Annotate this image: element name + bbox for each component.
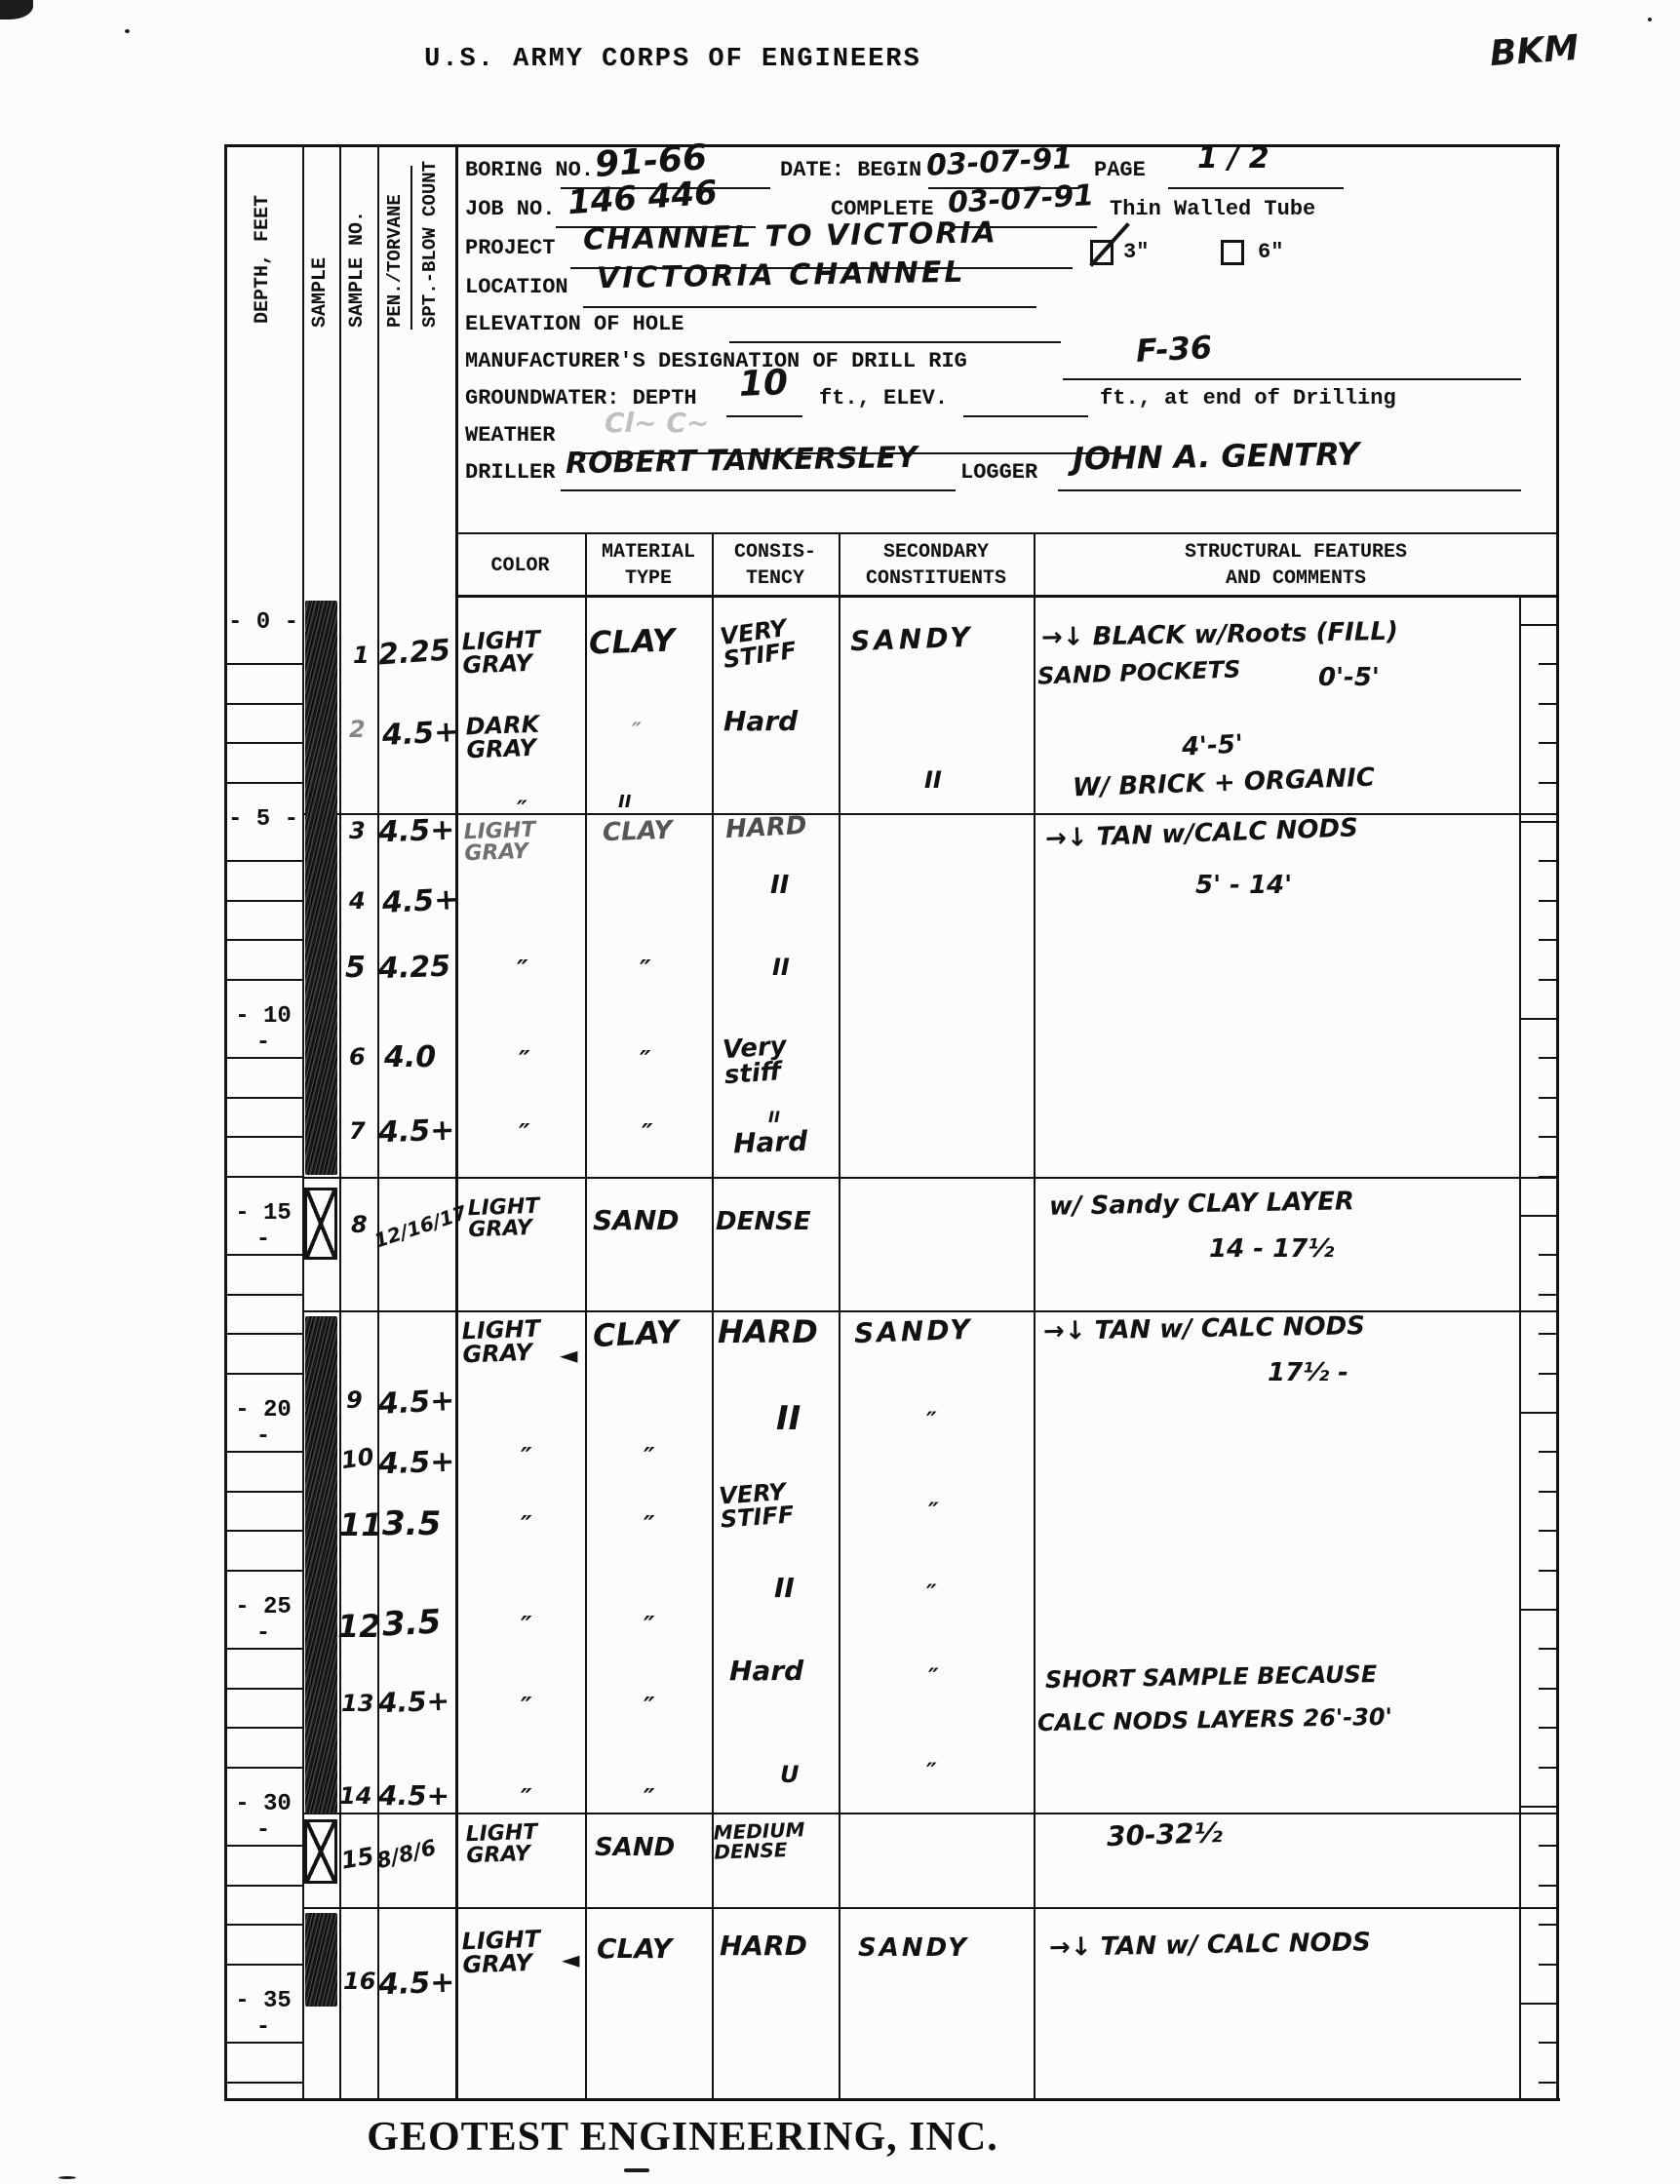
depth-label: - 5 - bbox=[224, 806, 302, 833]
pen-torvane-label: PEN./TORVANE bbox=[384, 194, 406, 328]
material-entry: SAND bbox=[593, 1207, 680, 1234]
pen-value: 8/8/6 bbox=[374, 1838, 438, 1873]
depth-tick bbox=[226, 2082, 302, 2084]
sample-no: 10 bbox=[339, 1445, 374, 1472]
rig-underline bbox=[1063, 378, 1521, 380]
depth-label: - 0 - bbox=[224, 609, 302, 636]
right-depth-tick bbox=[1539, 900, 1556, 902]
right-depth-tick bbox=[1539, 939, 1556, 941]
right-depth-tick bbox=[1539, 1530, 1556, 1532]
location-underline bbox=[583, 306, 1036, 308]
sample-no: 3 bbox=[349, 819, 366, 842]
grid-line bbox=[302, 813, 1558, 815]
right-depth-tick bbox=[1539, 1136, 1556, 1138]
right-depth-tick bbox=[1539, 1057, 1556, 1059]
elevation-underline bbox=[729, 341, 1061, 343]
pen-value: 3.5 bbox=[381, 1605, 442, 1641]
pen-value: 4.5+ bbox=[378, 1782, 449, 1810]
material-entry: CLAY bbox=[588, 624, 675, 658]
depth-tick bbox=[226, 860, 302, 862]
ditto-mark: ″ bbox=[928, 1665, 939, 1689]
grid-line bbox=[302, 144, 304, 2098]
sample-no: 14 bbox=[339, 1784, 371, 1808]
scan-speck bbox=[1648, 18, 1652, 21]
sample-recovery-scribble bbox=[305, 1316, 337, 1813]
consistency-entry: Hard bbox=[729, 1657, 803, 1685]
color-entry: DARK GRAY bbox=[465, 713, 540, 762]
comment: w/ Sandy CLAY LAYER bbox=[1049, 1189, 1354, 1219]
consistency-entry: Very stiff bbox=[722, 1033, 789, 1088]
pen-value: 4.5+ bbox=[381, 885, 459, 918]
handwritten-initials: BKM bbox=[1489, 28, 1581, 74]
weather-label: WEATHER bbox=[465, 423, 555, 448]
right-depth-tick bbox=[1539, 1373, 1556, 1375]
logger-value: JOHN A. GENTRY bbox=[1073, 438, 1360, 474]
tube-6in-checkbox bbox=[1221, 240, 1244, 265]
arrow-mark: ◄ bbox=[562, 1948, 579, 1971]
right-depth-tick bbox=[1539, 1885, 1556, 1887]
depth-tick bbox=[226, 1727, 302, 1729]
depth-tick bbox=[226, 1097, 302, 1099]
sample-label: SAMPLE bbox=[309, 257, 332, 328]
ditto-mark: ″ bbox=[521, 1695, 532, 1720]
elevation-label: ELEVATION OF HOLE bbox=[465, 312, 684, 336]
project-value: CHANNEL TO VICTORIA bbox=[583, 218, 997, 254]
ditto-mark: ″ bbox=[517, 957, 528, 983]
depth-label: - 15 - bbox=[224, 1200, 302, 1253]
pen-value: 4.25 bbox=[377, 953, 450, 985]
right-depth-tick bbox=[1539, 1176, 1556, 1178]
right-depth-tick bbox=[1539, 663, 1556, 665]
boring-no-label: BORING NO. bbox=[465, 158, 594, 182]
pen-value: 4.5+ bbox=[378, 1448, 455, 1480]
depth-tick bbox=[226, 1767, 302, 1769]
pen-value: 4.5+ bbox=[378, 1116, 455, 1149]
material-entry: CLAY bbox=[603, 818, 673, 845]
rig-label: MANUFACTURER'S DESIGNATION OF DRILL RIG bbox=[465, 349, 967, 373]
driller-value: ROBERT TANKERSLEY bbox=[566, 444, 918, 479]
grid-line bbox=[455, 595, 1558, 598]
depth-tick bbox=[226, 1176, 302, 1178]
sample-no: 16 bbox=[343, 1969, 375, 1993]
color-entry: LIGHT GRAY bbox=[465, 1822, 538, 1868]
secondary-entry: SANDY bbox=[854, 1316, 974, 1347]
sample-recovery-scribble bbox=[305, 1913, 337, 2007]
column-header-consistency: CONSIS- TENCY bbox=[712, 534, 839, 597]
ditto-mark: ″ bbox=[928, 1500, 939, 1523]
right-depth-tick bbox=[1539, 742, 1556, 744]
sample-no: 2 bbox=[349, 718, 366, 741]
grid-line bbox=[377, 144, 379, 2098]
secondary-entry: SANDY bbox=[858, 1935, 969, 1961]
job-no-label: JOB NO. bbox=[465, 197, 555, 221]
grid-line bbox=[839, 534, 840, 2098]
comment: →↓ TAN w/CALC NODS bbox=[1045, 815, 1359, 851]
right-depth-tick bbox=[1539, 1333, 1556, 1335]
comment: 30-32½ bbox=[1107, 1819, 1223, 1851]
grid-line bbox=[585, 534, 587, 2098]
consistency-entry: VERY STIFF bbox=[719, 615, 798, 672]
right-depth-tick bbox=[1539, 2042, 1556, 2044]
ditto-mark: II bbox=[772, 955, 790, 979]
depth-tick bbox=[226, 979, 302, 981]
right-depth-tick bbox=[1539, 1254, 1556, 1256]
groundwater-depth-value: 10 bbox=[738, 366, 788, 403]
depth-label: - 30 - bbox=[224, 1791, 302, 1844]
right-depth-tick bbox=[1519, 1412, 1556, 1414]
comment: CALC NODS LAYERS 26'-30' bbox=[1037, 1705, 1392, 1735]
ditto-mark: ″ bbox=[521, 1614, 532, 1639]
boring-log-page: U.S. ARMY CORPS OF ENGINEERS BKM BORING … bbox=[0, 0, 1680, 2184]
location-value: VICTORIA CHANNEL bbox=[597, 258, 966, 294]
page-underline bbox=[1168, 187, 1344, 189]
comment: 0'-5' bbox=[1318, 665, 1380, 690]
date-begin-label: DATE: BEGIN bbox=[780, 158, 921, 182]
depth-tick bbox=[226, 1570, 302, 1572]
rig-value: F-36 bbox=[1135, 331, 1213, 367]
groundwater-depth-underline bbox=[726, 415, 802, 417]
depth-tick bbox=[226, 1530, 302, 1532]
pen-value: 4.5+ bbox=[378, 1688, 450, 1718]
comment: 5' - 14' bbox=[1195, 873, 1292, 898]
ditto-mark: ″ bbox=[644, 1513, 655, 1539]
ditto-mark: ″ bbox=[632, 721, 642, 743]
color-entry: LIGHT GRAY bbox=[461, 628, 541, 678]
right-depth-tick bbox=[1519, 1215, 1556, 1217]
grid-line bbox=[302, 1310, 1558, 1312]
sample-no: 8 bbox=[351, 1213, 368, 1236]
right-depth-tick bbox=[1519, 1806, 1556, 1808]
ditto-mark: ″ bbox=[519, 1121, 530, 1147]
right-depth-tick bbox=[1539, 1491, 1556, 1493]
ditto-mark: ″ bbox=[926, 1581, 937, 1605]
ditto-mark: ″ bbox=[640, 1048, 651, 1073]
ditto-mark: II bbox=[774, 1575, 795, 1602]
right-depth-tick bbox=[1539, 2082, 1556, 2084]
depth-tick bbox=[226, 1136, 302, 1138]
ditto-mark: ″ bbox=[521, 1513, 532, 1539]
depth-tick bbox=[226, 1057, 302, 1059]
comment: W/ BRICK + ORGANIC bbox=[1073, 765, 1376, 801]
ditto-mark: ″ bbox=[521, 1445, 532, 1470]
grid-line bbox=[1556, 144, 1559, 2101]
grid-line bbox=[1034, 534, 1035, 2098]
right-depth-tick bbox=[1519, 2003, 1556, 2005]
column-header-secondary: SECONDARY CONSTITUENTS bbox=[839, 534, 1034, 597]
logger-underline bbox=[1058, 489, 1521, 491]
material-entry: SAND bbox=[595, 1835, 675, 1860]
pen-value: 4.5+ bbox=[378, 816, 455, 848]
ditto-mark: ″ bbox=[644, 1445, 655, 1470]
depth-tick bbox=[226, 663, 302, 665]
depth-tick bbox=[226, 1373, 302, 1375]
color-entry: LIGHT GRAY bbox=[463, 820, 536, 866]
grid-line bbox=[712, 534, 714, 2098]
location-label: LOCATION bbox=[465, 275, 568, 299]
ditto-mark: U bbox=[780, 1763, 800, 1786]
date-begin-value: 03-07-91 bbox=[925, 144, 1074, 181]
color-entry: LIGHT GRAY bbox=[461, 1928, 541, 1977]
right-depth-tick bbox=[1539, 1924, 1556, 1926]
ditto-mark: ″ bbox=[642, 1121, 653, 1147]
right-depth-tick bbox=[1539, 979, 1556, 981]
sample-no: 13 bbox=[341, 1692, 373, 1715]
pen-value: 12/16/17 bbox=[371, 1202, 468, 1250]
ditto-mark: ″ bbox=[521, 1786, 532, 1812]
right-depth-tick bbox=[1519, 821, 1556, 823]
ditto-mark: II bbox=[618, 794, 631, 811]
consistency-entry: HARD bbox=[718, 1316, 818, 1347]
material-entry: CLAY bbox=[597, 1935, 672, 1963]
consistency-entry: Hard bbox=[733, 1128, 808, 1158]
date-complete-value: 03-07-91 bbox=[947, 181, 1095, 218]
sample-no: 15 bbox=[339, 1844, 375, 1872]
right-depth-tick bbox=[1539, 703, 1556, 705]
sample-tube-symbol bbox=[304, 1188, 337, 1260]
ditto-mark: ″ bbox=[644, 1614, 655, 1639]
depth-label: - 25 - bbox=[224, 1594, 302, 1647]
project-label: PROJECT bbox=[465, 236, 555, 260]
depth-tick bbox=[226, 1885, 302, 1887]
right-depth-tick bbox=[1539, 1767, 1556, 1769]
footer-company-name: GEOTEST ENGINEERING, INC. bbox=[293, 2114, 1073, 2161]
depth-label: - 20 - bbox=[224, 1397, 302, 1450]
ditto-mark: ″ bbox=[926, 1409, 937, 1432]
right-depth-tick bbox=[1519, 1018, 1556, 1020]
sample-no-label: SAMPLE NO. bbox=[346, 211, 369, 328]
comment: SAND POCKETS bbox=[1037, 657, 1241, 687]
ditto-mark: ″ bbox=[644, 1695, 655, 1720]
sample-no: 7 bbox=[349, 1119, 366, 1143]
pen-value: 4.5+ bbox=[378, 1969, 455, 2001]
depth-tick bbox=[226, 1333, 302, 1335]
column-header-material: MATERIAL TYPE bbox=[585, 534, 712, 597]
pen-value: 2.25 bbox=[377, 636, 451, 670]
grid-line bbox=[302, 1813, 1558, 1814]
scan-blotch bbox=[0, 0, 33, 19]
ditto-mark: II bbox=[768, 1110, 780, 1125]
depth-label: - 10 - bbox=[224, 1003, 302, 1056]
color-entry: LIGHT GRAY bbox=[461, 1317, 541, 1367]
right-depth-tick bbox=[1539, 1570, 1556, 1572]
spt-blow-count-label: SPT.-BLOW COUNT bbox=[419, 161, 441, 328]
page-value: 1 / 2 bbox=[1197, 144, 1270, 174]
depth-tick bbox=[226, 2042, 302, 2044]
ditto-mark: ″ bbox=[926, 1760, 937, 1783]
comment: SHORT SAMPLE BECAUSE bbox=[1045, 1662, 1378, 1692]
tube-6in-label: 6" bbox=[1258, 240, 1283, 264]
ditto-mark: ″ bbox=[519, 1048, 530, 1073]
pen-value: 4.5+ bbox=[381, 718, 459, 751]
column-header-structural: STRUCTURAL FEATURES AND COMMENTS bbox=[1034, 534, 1558, 597]
ditto-mark: II bbox=[776, 1402, 801, 1435]
ditto-mark: II bbox=[770, 873, 789, 898]
consistency-entry: HARD bbox=[720, 1932, 807, 1960]
secondary-entry: SANDY bbox=[850, 624, 975, 655]
comment: →↓ BLACK w/Roots (FILL) bbox=[1041, 619, 1398, 650]
right-depth-tick bbox=[1519, 1609, 1556, 1611]
consistency-entry: VERY STIFF bbox=[718, 1479, 795, 1531]
grid-line bbox=[339, 144, 341, 2098]
depth-tick bbox=[226, 782, 302, 784]
ditto-mark: II bbox=[924, 768, 942, 792]
material-entry: CLAY bbox=[592, 1316, 680, 1352]
consistency-entry: DENSE bbox=[716, 1209, 811, 1234]
depth-tick bbox=[226, 1491, 302, 1493]
right-depth-tick bbox=[1519, 624, 1556, 626]
job-no-value: 146 446 bbox=[567, 176, 719, 220]
pen-value: 3.5 bbox=[382, 1507, 441, 1540]
color-entry: LIGHT GRAY bbox=[467, 1196, 540, 1242]
depth-tick bbox=[226, 1648, 302, 1650]
driller-underline bbox=[561, 489, 956, 491]
sample-no: 5 bbox=[345, 954, 366, 983]
depth-tick bbox=[226, 1845, 302, 1847]
consistency-entry: HARD bbox=[724, 813, 807, 842]
grid-line bbox=[455, 144, 458, 2098]
depth-tick bbox=[226, 742, 302, 744]
comment: →↓ TAN w/ CALC NODS bbox=[1043, 1313, 1365, 1345]
grid-line bbox=[302, 1907, 1558, 1909]
grid-line bbox=[224, 144, 1560, 147]
sample-no: 6 bbox=[349, 1045, 366, 1069]
scan-speck bbox=[125, 29, 130, 33]
comment: 17½ - bbox=[1268, 1360, 1348, 1385]
driller-label: DRILLER bbox=[465, 460, 555, 485]
groundwater-elev-underline bbox=[963, 415, 1088, 417]
depth-tick bbox=[226, 1254, 302, 1256]
arrow-mark: ◄ bbox=[560, 1344, 577, 1367]
consistency-entry: MEDIUM DENSE bbox=[713, 1819, 805, 1861]
groundwater-mid-label: ft., ELEV. bbox=[819, 386, 948, 410]
pen-value: 4.5+ bbox=[377, 1386, 455, 1420]
right-depth-tick bbox=[1539, 1845, 1556, 1847]
right-depth-tick bbox=[1539, 1964, 1556, 1966]
right-depth-tick bbox=[1539, 1648, 1556, 1650]
sample-no: 9 bbox=[346, 1388, 363, 1412]
consistency-entry: Hard bbox=[723, 708, 798, 735]
comment: 14 - 17½ bbox=[1209, 1236, 1334, 1262]
sample-no: 11 bbox=[339, 1509, 383, 1540]
right-depth-tick bbox=[1539, 1097, 1556, 1099]
right-depth-tick bbox=[1539, 860, 1556, 862]
right-depth-tick bbox=[1539, 1451, 1556, 1453]
right-depth-tick bbox=[1539, 782, 1556, 784]
depth-feet-label: DEPTH, FEET bbox=[252, 195, 274, 324]
sample-tube-symbol bbox=[304, 1819, 337, 1884]
sample-no: 12 bbox=[337, 1611, 381, 1642]
sample-recovery-scribble bbox=[305, 601, 337, 1175]
page-title: U.S. ARMY CORPS OF ENGINEERS bbox=[332, 45, 1014, 74]
right-depth-tick bbox=[1539, 1688, 1556, 1690]
ditto-mark: ″ bbox=[640, 957, 651, 983]
pen-value: 4.0 bbox=[384, 1043, 436, 1072]
depth-tick bbox=[226, 1451, 302, 1453]
grid-line bbox=[224, 2098, 1560, 2101]
depth-tick bbox=[226, 1294, 302, 1296]
ditto-mark: ″ bbox=[644, 1786, 655, 1812]
page-label: PAGE bbox=[1094, 158, 1146, 182]
grid-line bbox=[455, 532, 1558, 534]
tube-3in-label: 3" bbox=[1123, 240, 1149, 264]
groundwater-end-label: ft., at end of Drilling bbox=[1100, 386, 1396, 410]
sample-no: 4 bbox=[349, 889, 366, 913]
depth-tick bbox=[226, 1964, 302, 1966]
depth-tick bbox=[226, 939, 302, 941]
depth-tick bbox=[226, 1688, 302, 1690]
weather-value: Cl~ C~ bbox=[605, 409, 709, 437]
pen-spt-divider bbox=[410, 166, 412, 330]
tube-label: Thin Walled Tube bbox=[1110, 197, 1315, 221]
right-depth-tick bbox=[1539, 1294, 1556, 1296]
depth-tick bbox=[226, 1924, 302, 1926]
comment: 4'-5' bbox=[1181, 731, 1243, 760]
column-header-color: COLOR bbox=[455, 534, 585, 597]
right-depth-tick bbox=[1539, 1727, 1556, 1729]
scan-speck bbox=[59, 2176, 76, 2179]
depth-tick bbox=[226, 900, 302, 902]
comment: →↓ TAN w/ CALC NODS bbox=[1049, 1930, 1371, 1961]
logger-label: LOGGER bbox=[960, 460, 1037, 485]
depth-label: - 35 - bbox=[224, 1988, 302, 2041]
grid-line bbox=[302, 1177, 1558, 1179]
scan-speck bbox=[624, 2168, 649, 2172]
sample-no: 1 bbox=[353, 643, 370, 667]
depth-tick bbox=[226, 703, 302, 705]
